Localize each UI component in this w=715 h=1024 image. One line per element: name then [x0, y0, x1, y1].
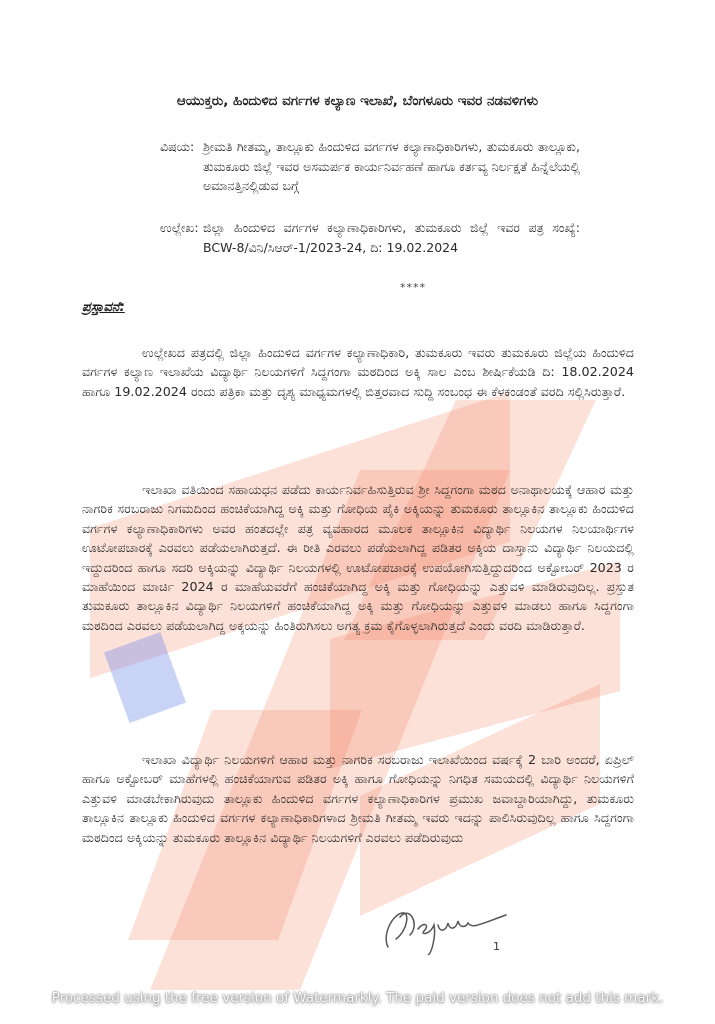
watermark-footer: Processed using the free version of Wate… [0, 990, 715, 1006]
reference-text: ಜಿಲ್ಲಾ ಹಿಂದುಳಿದ ವರ್ಗಗಳ ಕಲ್ಯಾಣಾಧಿಕಾರಿಗಳು,… [160, 218, 580, 257]
document-page: ಆಯುಕ್ತರು, ಹಿಂದುಳಿದ ವರ್ಗಗಳ ಕಲ್ಯಾಣ ಇಲಾಖೆ, … [0, 0, 715, 1024]
page-number: 1 [493, 940, 500, 953]
paragraph-3: ಇಲಾಖಾ ವಿದ್ಯಾರ್ಥಿ ನಿಲಯಗಳಿಗೆ ಆಹಾರ ಮತ್ತು ನಾ… [82, 750, 634, 847]
separator: **** [400, 281, 426, 294]
paragraph-1: ಉಲ್ಲೇಖದ ಪತ್ರದಲ್ಲಿ ಜಿಲ್ಲಾ ಹಿಂದುಳಿದ ವರ್ಗಗಳ… [82, 343, 634, 401]
subject-label: ವಿಷಯ: [160, 137, 222, 157]
paragraph-2: ಇಲಾಖಾ ವತಿಯಿಂದ ಸಹಾಯಧನ ಪಡೆದು ಕಾರ್ಯನಿರ್ವಹಿಸ… [82, 480, 634, 635]
subject-text: ಶ್ರೀಮತಿ ಗೀತಮ್ಮ, ತಾಲ್ಲೂಕು ಹಿಂದುಳಿದ ವರ್ಗಗಳ… [160, 137, 580, 196]
preamble-heading: ಪ್ರಸ್ತಾವನೆ: [82, 300, 125, 315]
subject-block: ವಿಷಯ: ಶ್ರೀಮತಿ ಗೀತಮ್ಮ, ತಾಲ್ಲೂಕು ಹಿಂದುಳಿದ … [160, 137, 580, 196]
document-title: ಆಯುಕ್ತರು, ಹಿಂದುಳಿದ ವರ್ಗಗಳ ಕಲ್ಯಾಣ ಇಲಾಖೆ, … [0, 93, 715, 109]
signature-icon [380, 895, 510, 955]
reference-label: ಉಲ್ಲೇಖ: [160, 218, 222, 238]
reference-block: ಉಲ್ಲೇಖ: ಜಿಲ್ಲಾ ಹಿಂದುಳಿದ ವರ್ಗಗಳ ಕಲ್ಯಾಣಾಧಿ… [160, 218, 580, 257]
